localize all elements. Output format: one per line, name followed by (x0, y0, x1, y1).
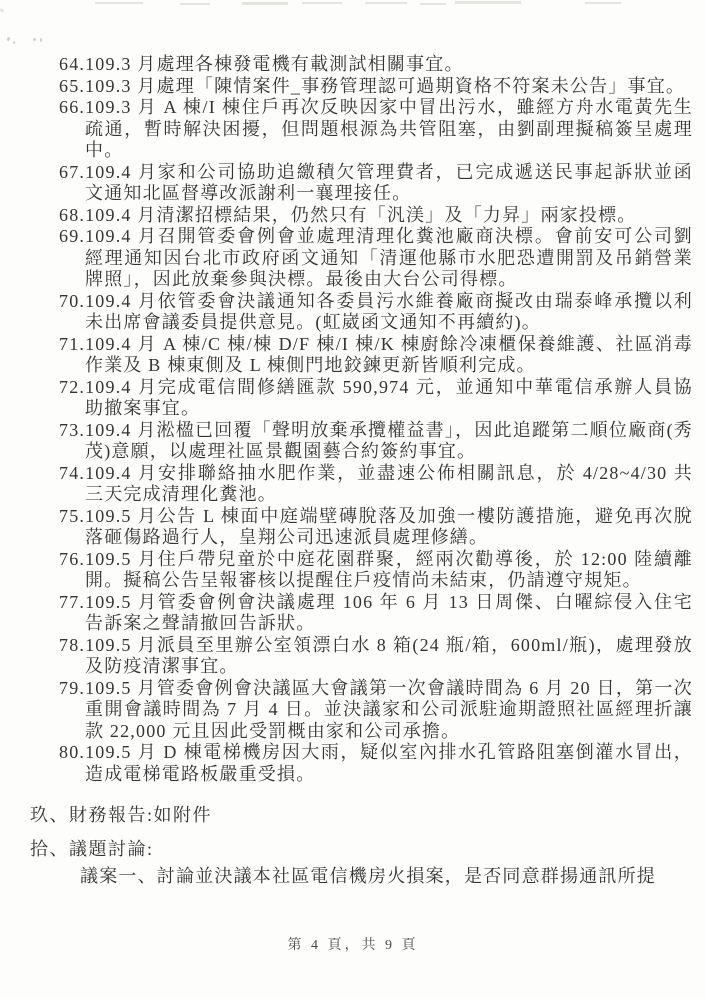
scan-artifact (33, 38, 37, 42)
scan-artifact (242, 2, 288, 5)
scan-artifact (40, 38, 42, 42)
minutes-item-71: 71.109.4 月 A 棟/C 棟/棟 D/F 棟/I 棟/K 棟廚餘冷凍櫃保… (59, 334, 693, 377)
minutes-item-65: 65.109.3 月處理「陳情案件_事務管理認可過期資格不符案未公告」事宜。 (59, 76, 693, 98)
minutes-item-66: 66.109.3 月 A 棟/I 棟住戶再次反映因家中冒出污水，雖經方舟水電黃先… (59, 97, 693, 162)
scan-artifact (365, 2, 407, 4)
minutes-item-70: 70.109.4 月依管委會決議通知各委員污水維養廠商擬改由瑞泰峰承攬以利未出席… (59, 291, 693, 334)
scan-artifact (180, 3, 210, 5)
minutes-item-80: 80.109.5 月 D 棟電梯機房因大雨，疑似室內排水孔管路阻塞倒灌水冒出，造… (59, 742, 693, 785)
scan-artifact (0, 8, 4, 13)
minutes-item-79: 79.109.5 月管委會例會決議區大會議第一次會議時間為 6 月 20 日，第… (59, 678, 693, 743)
minutes-item-75: 75.109.5 月公告 L 棟面中庭端壁磚脫落及加強一樓防護措施，避免再次脫落… (59, 506, 693, 549)
section-finance-heading: 玖、財務報告:如附件 (30, 805, 706, 827)
minutes-item-77: 77.109.5 月管委會例會決議處理 106 年 6 月 13 日周傑、白曜綜… (59, 592, 693, 635)
minutes-item-69: 69.109.4 月召開管委會例會並處理清理化糞池廠商決標。會前安可公司劉經理通… (59, 226, 693, 291)
minutes-item-67: 67.109.4 月家和公司協助追繳積欠管理費者，已完成遞送民事起訴狀並函文通知… (59, 162, 693, 205)
scan-artifact (455, 1, 521, 4)
minutes-item-64: 64.109.3 月處理各棟發電機有載測試相關事宜。 (59, 54, 693, 76)
scan-artifact (95, 2, 143, 4)
minutes-body: 64.109.3 月處理各棟發電機有載測試相關事宜。 65.109.3 月處理「… (0, 54, 706, 888)
motion-case-1: 議案一、討論並決議本社區電信機房火損案，是否同意群揚通訊所提 (80, 866, 680, 888)
minutes-item-76: 76.109.5 月住戶帶兒童於中庭花園群聚，經兩次勸導後，於 12:00 陸續… (59, 549, 693, 592)
minutes-item-78: 78.109.5 月派員至里辦公室領漂白水 8 箱(24 瓶/箱，600ml/瓶… (59, 635, 693, 678)
page-footer: 第 4 頁，共 9 頁 (0, 934, 706, 954)
minutes-item-68: 68.109.4 月清潔招標結果，仍然只有「汎渼」及「力昇」兩家投標。 (59, 205, 693, 227)
minutes-item-72: 72.109.4 月完成電信間修繕匯款 590,974 元，並通知中華電信承辦人… (59, 377, 693, 420)
scanned-page: 64.109.3 月處理各棟發電機有載測試相關事宜。 65.109.3 月處理「… (0, 0, 706, 999)
scan-artifact (13, 41, 15, 44)
section-discussion-heading: 拾、議題討論: (30, 839, 706, 861)
scan-artifact (420, 3, 446, 5)
minutes-item-73: 73.109.4 月淞楹已回覆「聲明放棄承攬權益書」，因此追蹤第二順位廠商(秀茂… (59, 420, 693, 463)
scan-artifact (302, 2, 342, 4)
minutes-item-74: 74.109.4 月安排聯絡抽水肥作業，並盡速公佈相關訊息，於 4/28~4/3… (59, 463, 693, 506)
minutes-item-list: 64.109.3 月處理各棟發電機有載測試相關事宜。 65.109.3 月處理「… (59, 54, 693, 785)
scan-artifact (585, 2, 621, 4)
scan-artifact (6, 37, 10, 42)
